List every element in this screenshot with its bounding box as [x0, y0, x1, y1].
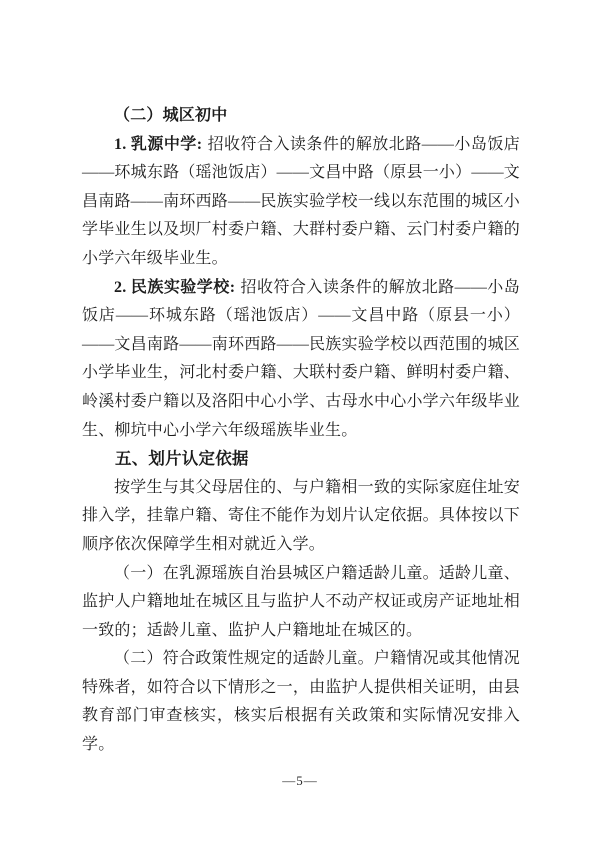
school-name-lead: 2. 民族实验学校: [114, 279, 235, 296]
paragraph-rule-one: （一）在乳源瑶族自治县城区户籍适龄儿童。适龄儿童、监护人户籍地址在城区且与监护人… [82, 560, 520, 646]
paragraph-minzu-experimental-school: 2. 民族实验学校:招收符合入读条件的解放北路——小岛饭店——环城东路（瑶池饭店… [82, 274, 520, 446]
paragraph-zoning-rule-intro: 按学生与其父母居住的、与户籍相一致的实际家庭住址安排入学，挂靠户籍、寄住不能作为… [82, 474, 520, 560]
paragraph-ruyuan-middle-school: 1. 乳源中学:招收符合入读条件的解放北路——小岛饭店——环城东路（瑶池饭店）—… [82, 131, 520, 274]
document-body: （二）城区初中 1. 乳源中学:招收符合入读条件的解放北路——小岛饭店——环城东… [82, 102, 520, 760]
paragraph-text: 招收符合入读条件的解放北路——小岛饭店——环城东路（瑶池饭店）——文昌中路（原县… [82, 136, 520, 267]
document-page: （二）城区初中 1. 乳源中学:招收符合入读条件的解放北路——小岛饭店——环城东… [0, 0, 600, 848]
paragraph-text: 招收符合入读条件的解放北路——小岛饭店——环城东路（瑶池饭店）——文昌中路（原县… [82, 279, 520, 439]
page-number: —5— [0, 773, 600, 789]
section-subheading-urban-middle-schools: （二）城区初中 [82, 102, 520, 131]
paragraph-rule-two: （二）符合政策性规定的适龄儿童。户籍情况或其他情况特殊者，如符合以下情形之一，由… [82, 645, 520, 759]
section-heading-zoning-criteria: 五、划片认定依据 [82, 445, 520, 474]
school-name-lead: 1. 乳源中学: [114, 136, 202, 153]
